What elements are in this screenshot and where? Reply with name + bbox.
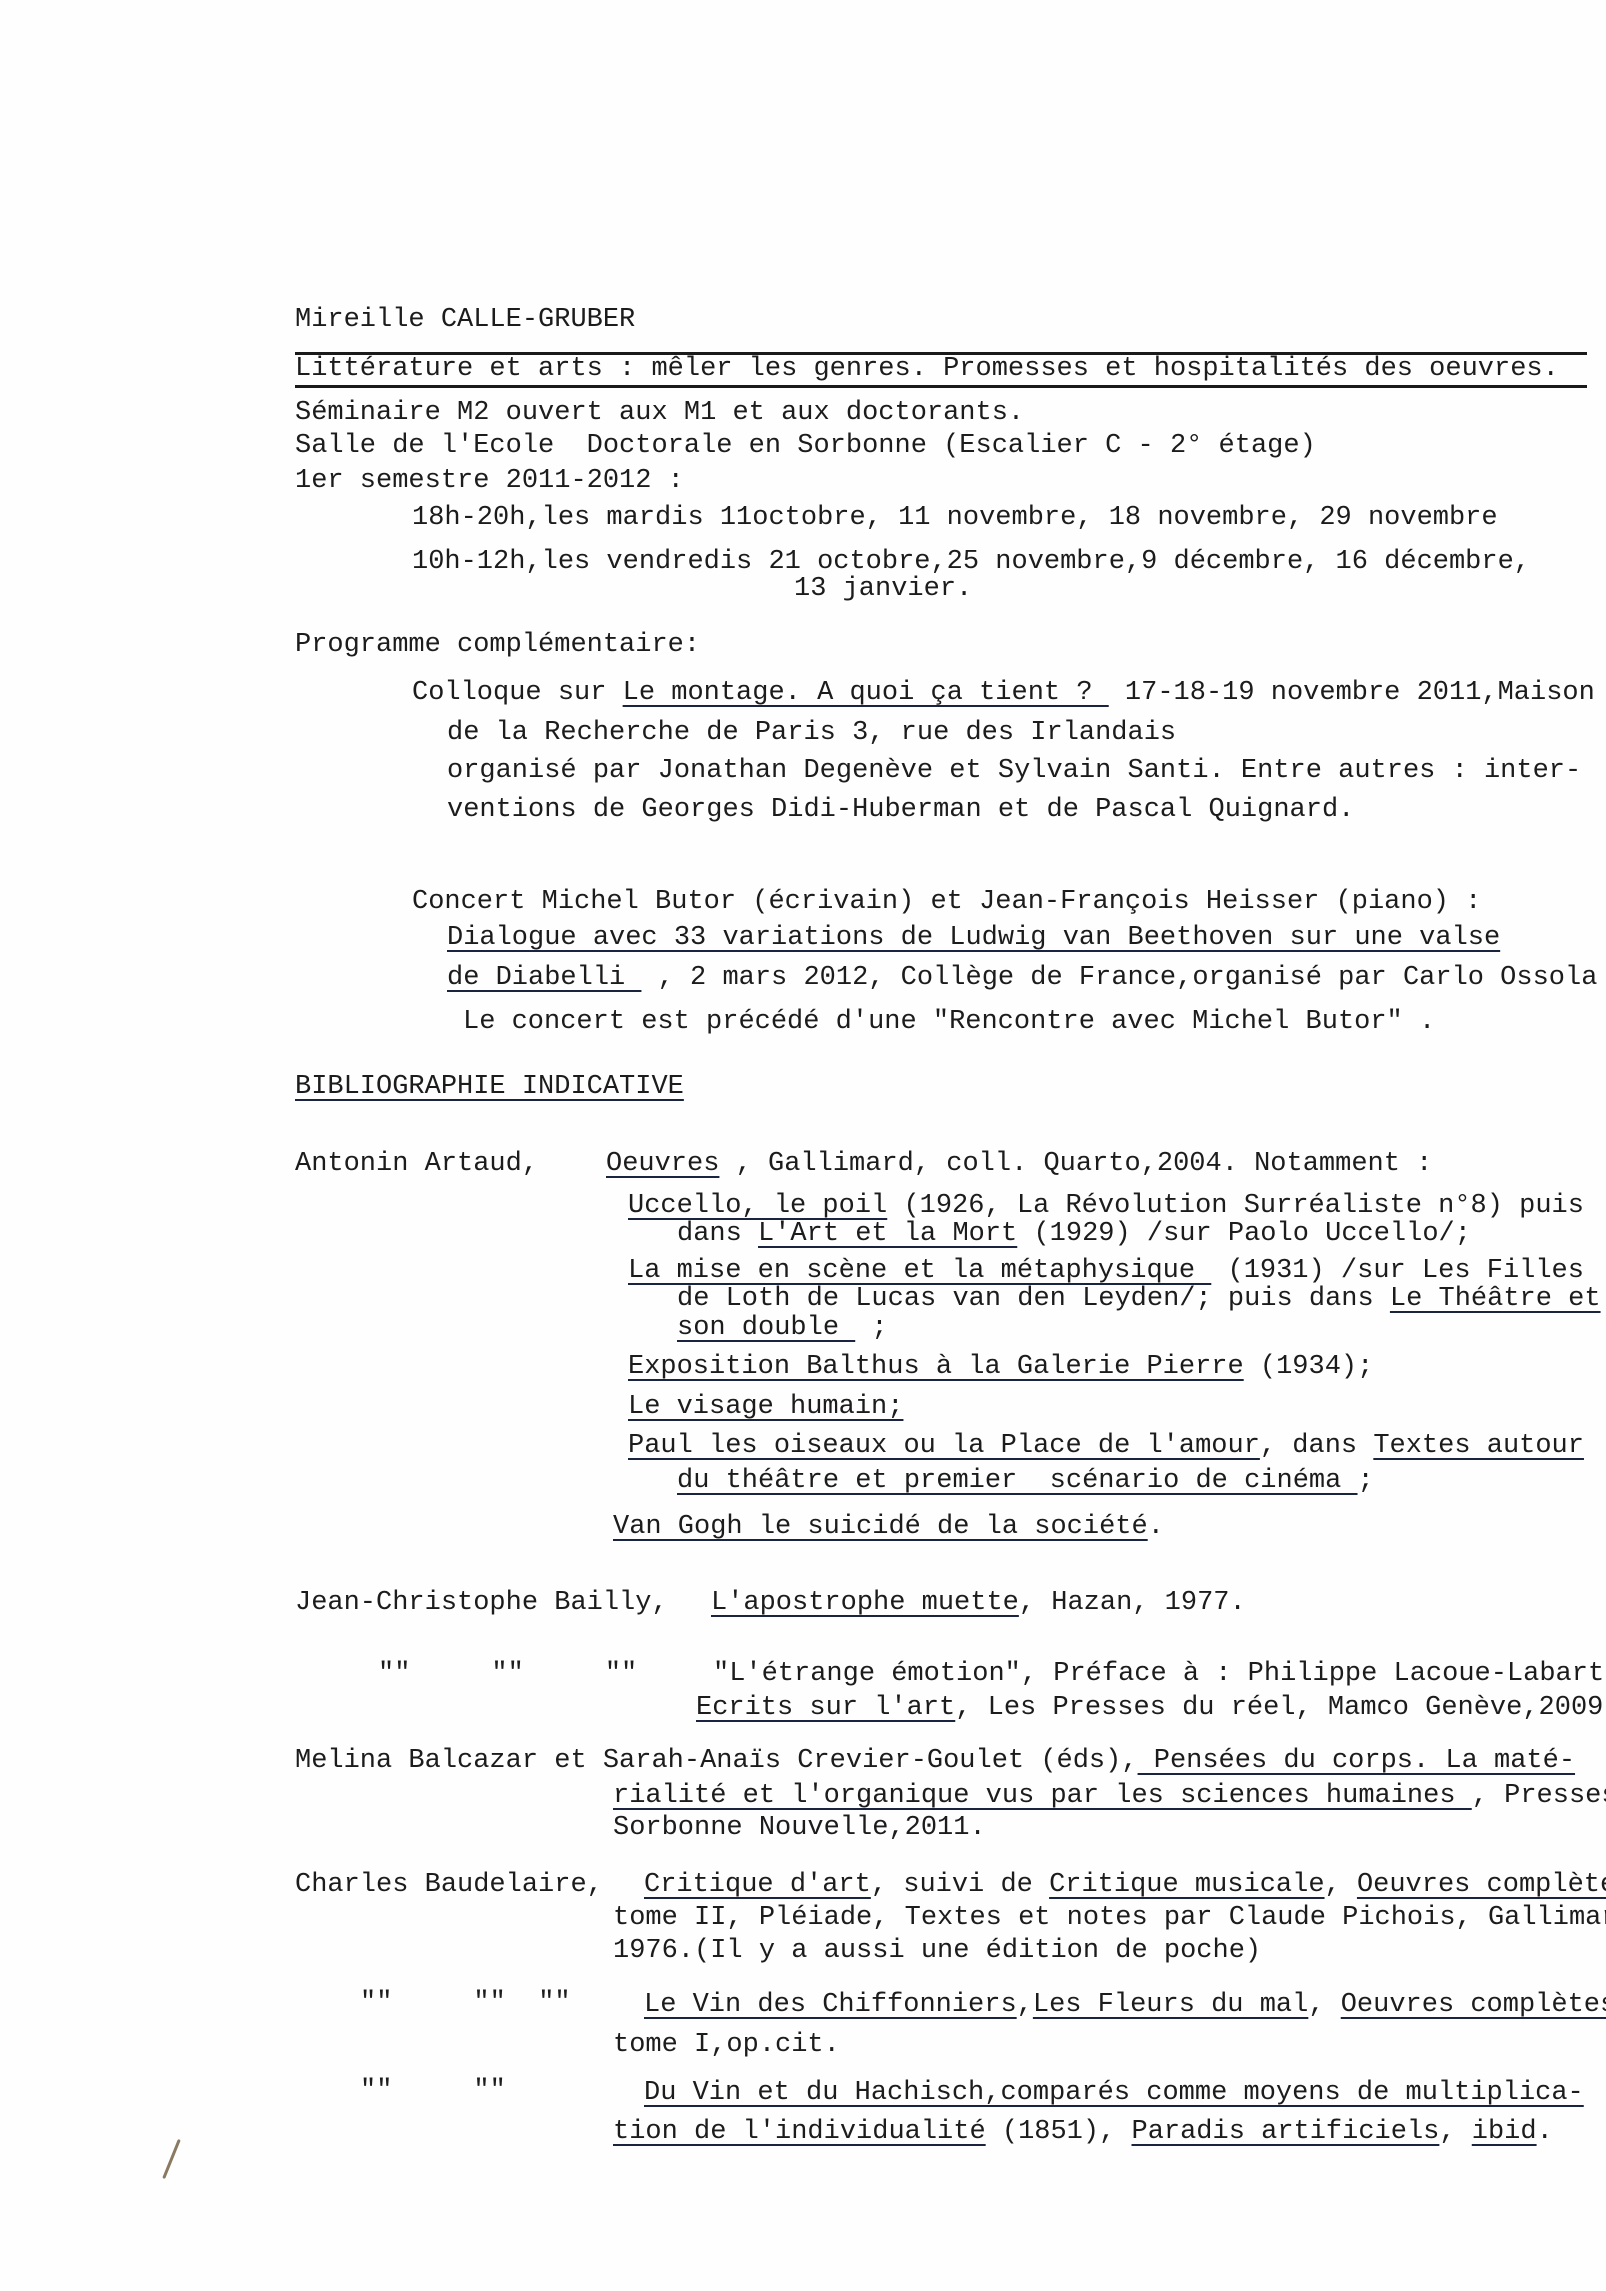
item-details: .	[1148, 1512, 1164, 1542]
bailly-entry2-line2: Ecrits sur l'art, Les Presses du réel, M…	[696, 1693, 1606, 1723]
item-prefix: dans	[677, 1219, 758, 1249]
item-details: (1931) /sur Les Filles	[1211, 1256, 1584, 1286]
item-title: Exposition Balthus à la Galerie Pierre	[628, 1352, 1244, 1382]
baudelaire-entry2-line2: tome I,op.cit.	[613, 2030, 840, 2060]
colloque-title: Le montage. A quoi ça tient ?	[623, 678, 1109, 708]
concert-line-2: de Diabelli , 2 mars 2012, Collège de Fr…	[447, 963, 1597, 993]
baudelaire-line-2: tome II, Pléiade, Textes et notes par Cl…	[613, 1903, 1606, 1933]
colloque-date-place: 17-18-19 novembre 2011,Maison	[1109, 678, 1595, 708]
balcazar-title-part-2: rialité et l'organique vus par les scien…	[613, 1781, 1472, 1811]
artaud-work-title: Oeuvres	[606, 1149, 719, 1179]
baudelaire-line-3: 1976.(Il y a aussi une édition de poche)	[613, 1936, 1261, 1966]
colloque-line-4: ventions de Georges Didi-Huberman et de …	[447, 795, 1354, 825]
concert-date-place: , 2 mars 2012, Collège de France,organis…	[641, 963, 1597, 993]
baudelaire-e2-title-2: Les Fleurs du mal	[1033, 1990, 1308, 2020]
baudelaire-e3-title-4: ibid	[1472, 2117, 1537, 2147]
artaud-item-paul: Paul les oiseaux ou la Place de l'amour,…	[628, 1431, 1584, 1461]
artaud-item-mise-en-scene-cont: de Loth de Lucas van den Leyden/; puis d…	[677, 1284, 1601, 1314]
bailly-work: L'apostrophe muette, Hazan, 1977.	[711, 1588, 1246, 1618]
seminar-room: Salle de l'Ecole Doctorale en Sorbonne (…	[295, 431, 1316, 461]
concert-title-line-1: Dialogue avec 33 variations de Ludwig va…	[447, 923, 1500, 953]
baudelaire-line-1: Critique d'art, suivi de Critique musica…	[644, 1870, 1606, 1900]
balcazar-line-3: Sorbonne Nouvelle,2011.	[613, 1813, 986, 1843]
text-fragment: , suivi de	[871, 1870, 1049, 1900]
baudelaire-entry3-line1: Du Vin et du Hachisch,comparés comme moy…	[644, 2078, 1584, 2108]
bibliography-heading: BIBLIOGRAPHIE INDICATIVE	[295, 1072, 684, 1102]
balcazar-title-part-1: Pensées du corps. La maté-	[1138, 1746, 1575, 1776]
bailly-work-details: , Hazan, 1977.	[1019, 1588, 1246, 1618]
seminar-title: Littérature et arts : mêler les genres. …	[295, 354, 1559, 384]
baudelaire-work-1: Critique d'art	[644, 1870, 871, 1900]
baudelaire-entry2-line1: Le Vin des Chiffonniers,Les Fleurs du ma…	[644, 1990, 1606, 2020]
text-fragment: .	[1537, 2117, 1553, 2147]
baudelaire-e3-title-1: Du Vin et du Hachisch,comparés comme moy…	[644, 2078, 1584, 2108]
bailly-work-title: L'apostrophe muette	[711, 1588, 1019, 1618]
programme-heading: Programme complémentaire:	[295, 630, 700, 660]
artaud-author: Antonin Artaud,	[295, 1149, 538, 1179]
artaud-item-uccello-cont: dans L'Art et la Mort (1929) /sur Paolo …	[677, 1219, 1471, 1249]
concert-title-part-1: Dialogue avec 33 variations de Ludwig va…	[447, 923, 1500, 953]
artaud-work-details: , Gallimard, coll. Quarto,2004. Notammen…	[719, 1149, 1432, 1179]
concert-title-part-2: de Diabelli	[447, 963, 641, 993]
text-fragment: ,	[1308, 1990, 1340, 2020]
item-title: du théâtre et premier scénario de cinéma	[677, 1466, 1358, 1496]
balcazar-publisher: , Presses	[1472, 1781, 1606, 1811]
schedule-fridays-cont: 13 janvier.	[794, 574, 972, 604]
colloque-line-2: de la Recherche de Paris 3, rue des Irla…	[447, 718, 1176, 748]
balcazar-line-2: rialité et l'organique vus par les scien…	[613, 1781, 1606, 1811]
baudelaire-work-2: Critique musicale	[1049, 1870, 1324, 1900]
bailly-entry2-title: Ecrits sur l'art	[696, 1693, 955, 1723]
baudelaire-entry3-line2: tion de l'individualité (1851), Paradis …	[613, 2117, 1553, 2147]
pen-mark	[162, 2139, 181, 2179]
text-fragment: ,	[1439, 2117, 1471, 2147]
bailly-ditto-marks: "" "" ""	[378, 1659, 637, 1689]
baudelaire-ditto-marks-2: "" ""	[360, 2076, 506, 2106]
baudelaire-e3-title-2: tion de l'individualité	[613, 2117, 986, 2147]
seminar-semester: 1er semestre 2011-2012 :	[295, 466, 684, 496]
concert-line-3: Le concert est précédé d'une "Rencontre …	[463, 1007, 1435, 1037]
artaud-item-son-double: son double ;	[677, 1313, 888, 1343]
artaud-item-van-gogh: Van Gogh le suicidé de la société.	[613, 1512, 1164, 1542]
seminar-audience: Séminaire M2 ouvert aux M1 et aux doctor…	[295, 398, 1024, 428]
baudelaire-author: Charles Baudelaire,	[295, 1870, 603, 1900]
item-title: Van Gogh le suicidé de la société	[613, 1512, 1148, 1542]
artaud-item-mise-en-scene: La mise en scène et la métaphysique (193…	[628, 1256, 1584, 1286]
item-details: ;	[855, 1313, 887, 1343]
text-fragment: ,	[1325, 1870, 1357, 1900]
bailly-author: Jean-Christophe Bailly,	[295, 1588, 668, 1618]
item-title: La mise en scène et la métaphysique	[628, 1256, 1211, 1286]
concert-line-1: Concert Michel Butor (écrivain) et Jean-…	[412, 887, 1481, 917]
balcazar-authors: Melina Balcazar et Sarah-Anaïs Crevier-G…	[295, 1746, 1138, 1776]
artaud-item-uccello: Uccello, le poil (1926, La Révolution Su…	[628, 1191, 1584, 1221]
baudelaire-work-3: Oeuvres complètes	[1357, 1870, 1606, 1900]
balcazar-line-1: Melina Balcazar et Sarah-Anaïs Crevier-G…	[295, 1746, 1575, 1776]
text-fragment: (1851),	[986, 2117, 1132, 2147]
baudelaire-e3-title-3: Paradis artificiels	[1132, 2117, 1440, 2147]
artaud-work: Oeuvres , Gallimard, coll. Quarto,2004. …	[606, 1149, 1432, 1179]
baudelaire-e2-title-1: Le Vin des Chiffonniers	[644, 1990, 1017, 2020]
baudelaire-ditto-marks-1: "" "" ""	[360, 1988, 571, 2018]
baudelaire-e2-title-3: Oeuvres complètes	[1341, 1990, 1606, 2020]
item-details: (1926, La Révolution Surréaliste n°8) pu…	[887, 1191, 1584, 1221]
item-title-2: Textes autour	[1373, 1431, 1584, 1461]
artaud-item-paul-cont: du théâtre et premier scénario de cinéma…	[677, 1466, 1374, 1496]
colloque-line-1: Colloque sur Le montage. A quoi ça tient…	[412, 678, 1595, 708]
bibliography-heading-text: BIBLIOGRAPHIE INDICATIVE	[295, 1072, 684, 1102]
item-details: (1934);	[1244, 1352, 1374, 1382]
item-title: Uccello, le poil	[628, 1191, 887, 1221]
item-title: son double	[677, 1313, 855, 1343]
author-name: Mireille CALLE-GRUBER	[295, 305, 635, 335]
artaud-item-balthus: Exposition Balthus à la Galerie Pierre (…	[628, 1352, 1373, 1382]
colloque-line-3: organisé par Jonathan Degenève et Sylvai…	[447, 756, 1581, 786]
item-details: (1929) /sur Paolo Uccello/;	[1017, 1219, 1471, 1249]
artaud-item-visage: Le visage humain;	[628, 1392, 903, 1422]
title-rule-bottom	[295, 385, 1587, 388]
item-title: L'Art et la Mort	[758, 1219, 1017, 1249]
item-details: ;	[1358, 1466, 1374, 1496]
bailly-entry2-line1: "L'étrange émotion", Préface à : Philipp…	[713, 1659, 1606, 1689]
colloque-prefix: Colloque sur	[412, 678, 623, 708]
schedule-fridays: 10h-12h,les vendredis 21 octobre,25 nove…	[412, 547, 1530, 577]
item-title: Le visage humain;	[628, 1392, 903, 1422]
schedule-tuesdays: 18h-20h,les mardis 11octobre, 11 novembr…	[412, 503, 1498, 533]
document-page: Mireille CALLE-GRUBER Littérature et art…	[0, 0, 1606, 2291]
item-title: Paul les oiseaux ou la Place de l'amour	[628, 1431, 1260, 1461]
text-fragment: ,	[1017, 1990, 1033, 2020]
bailly-entry2-details: , Les Presses du réel, Mamco Genève,2009…	[955, 1693, 1606, 1723]
item-prefix: de Loth de Lucas van den Leyden/; puis d…	[677, 1284, 1390, 1314]
item-details: , dans	[1260, 1431, 1373, 1461]
item-title: Le Théâtre et	[1390, 1284, 1601, 1314]
